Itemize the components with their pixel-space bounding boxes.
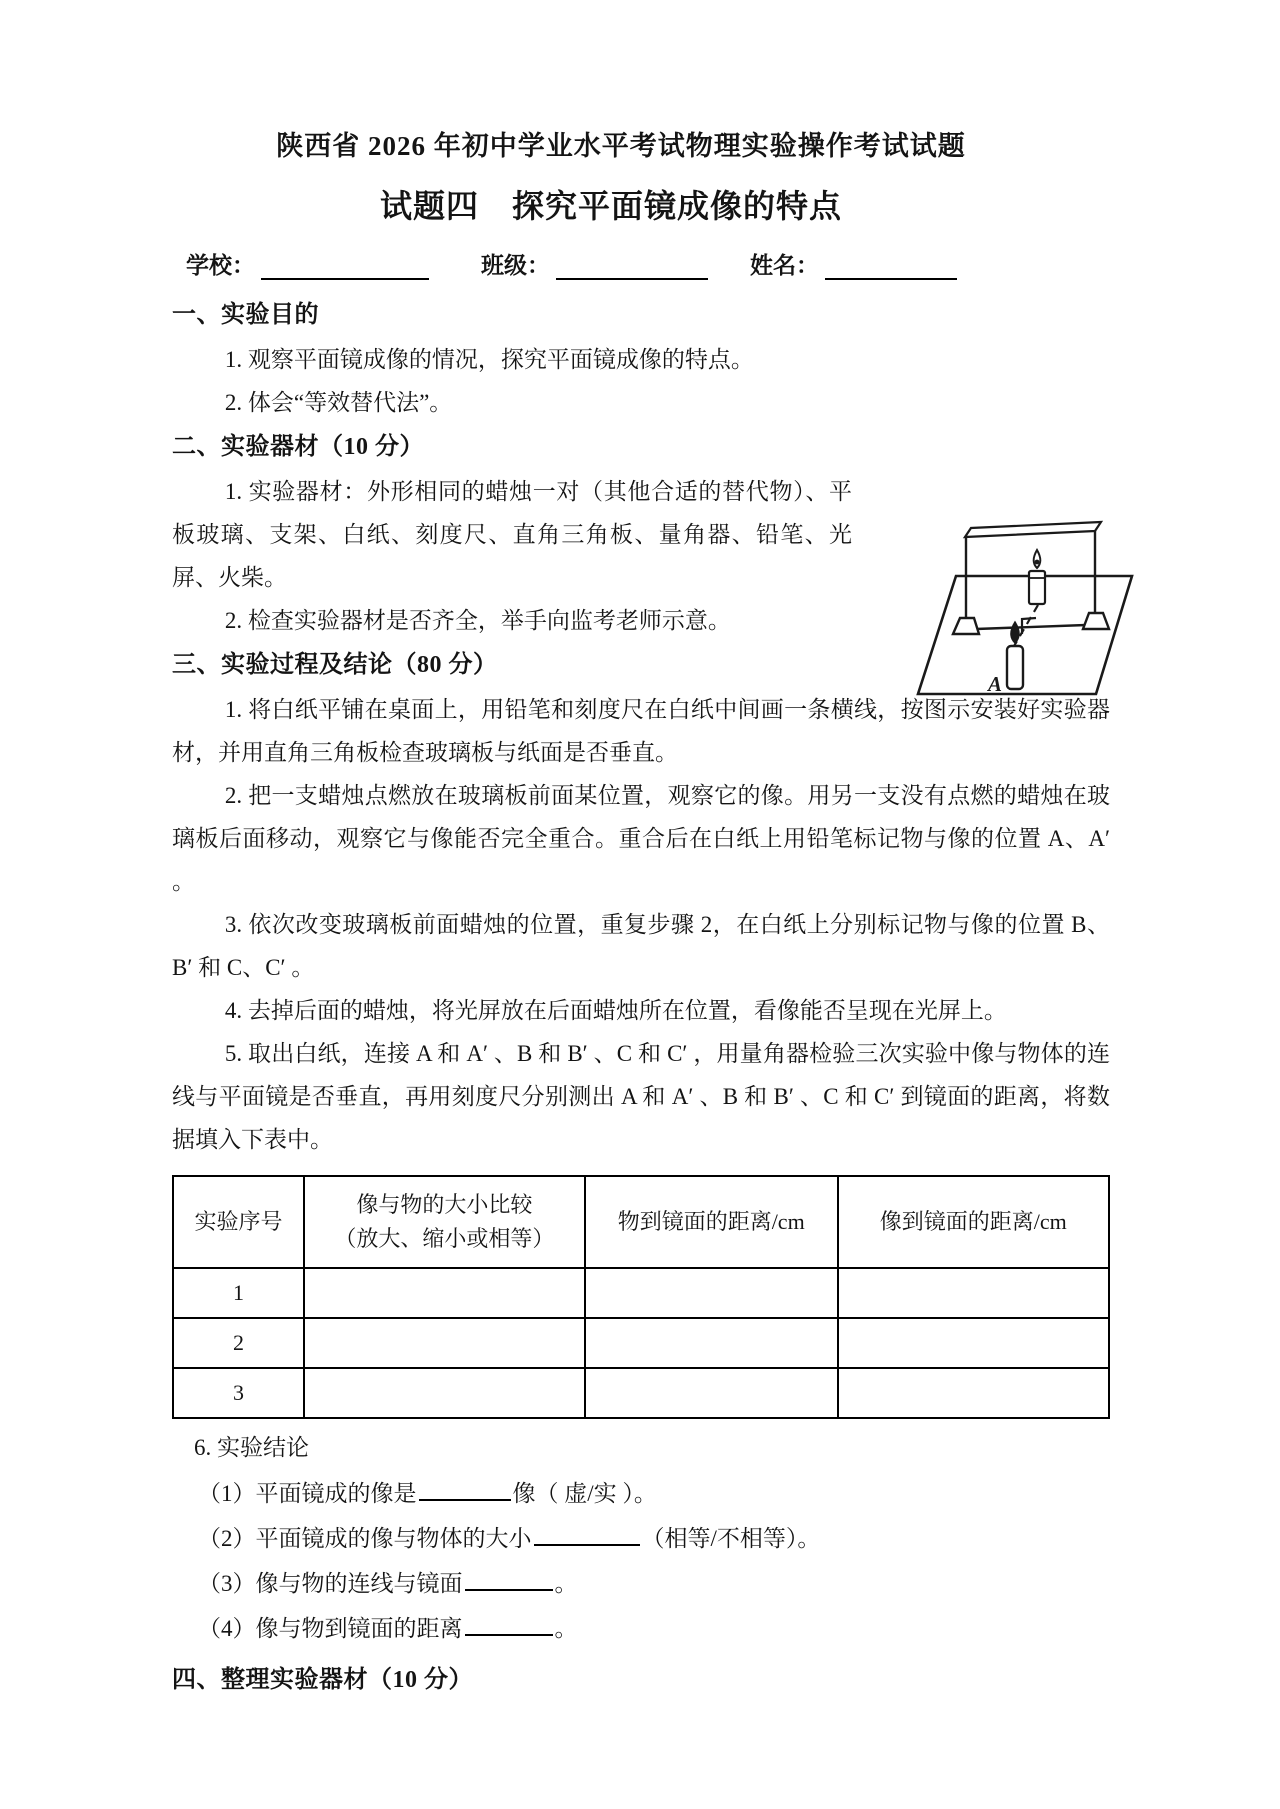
procedure-step: 2. 把一支蜡烛点燃放在玻璃板前面某位置，观察它的像。用另一支没有点燃的蜡烛在玻… [172, 774, 1110, 903]
header-image-distance: 像到镜面的距离/cm [838, 1176, 1109, 1268]
conclusion-4-blank [465, 1612, 553, 1636]
section-heading-purpose: 一、实验目的 [172, 292, 1110, 338]
table-row: 2 [173, 1318, 1109, 1368]
image-candle-wick [1035, 560, 1040, 565]
student-info-row: 学校： 班级： 姓名： [172, 247, 1110, 280]
purpose-item: 1. 观察平面镜成像的情况，探究平面镜成像的特点。 [172, 338, 1110, 381]
paper-sheet [918, 576, 1132, 694]
name-blank [825, 254, 957, 280]
purpose-item: 2. 体会“等效替代法”。 [172, 381, 1110, 424]
candle-a-body [1007, 646, 1023, 689]
conclusion-item-2: （2）平面镜成的像与物体的大小（相等/不相等）。 [172, 1516, 1110, 1561]
section-heading-tidy: 四、整理实验器材（10 分） [172, 1657, 1110, 1703]
conclusion-item-3: （3）像与物的连线与镜面。 [172, 1561, 1110, 1606]
image-candle-body [1029, 571, 1045, 604]
conclusion-3-pre: （3）像与物的连线与镜面 [198, 1571, 463, 1596]
row-number: 1 [173, 1268, 304, 1318]
header-size-compare-line1: 像与物的大小比较 [311, 1188, 578, 1222]
conclusion-4-post: 。 [555, 1616, 578, 1641]
table-row: 3 [173, 1368, 1109, 1418]
procedure-step: 4. 去掉后面的蜡烛，将光屏放在后面蜡烛所在位置，看像能否呈现在光屏上。 [172, 989, 1110, 1032]
empty-cell [585, 1318, 838, 1368]
conclusion-1-post: 像（ 虚/实 ）。 [513, 1481, 657, 1506]
row-number: 3 [173, 1368, 304, 1418]
school-blank [261, 254, 429, 280]
header-object-distance: 物到镜面的距离/cm [585, 1176, 838, 1268]
row-number: 2 [173, 1318, 304, 1368]
conclusion-2-blank [534, 1522, 640, 1546]
empty-cell [838, 1368, 1109, 1418]
results-table: 实验序号 像与物的大小比较 （放大、缩小或相等） 物到镜面的距离/cm 像到镜面… [172, 1175, 1110, 1419]
table-header-row: 实验序号 像与物的大小比较 （放大、缩小或相等） 物到镜面的距离/cm 像到镜面… [173, 1176, 1109, 1268]
page-title: 陕西省 2026 年初中学业水平考试物理实验操作考试试题 [172, 124, 1070, 163]
conclusion-3-post: 。 [555, 1571, 578, 1596]
image-candle-flame [1034, 550, 1041, 568]
class-label: 班级： [481, 247, 550, 280]
equipment-paragraph: 1. 实验器材：外形相同的蜡烛一对（其他合适的替代物）、平板玻璃、支架、白纸、刻… [172, 470, 852, 599]
header-size-compare-line2: （放大、缩小或相等） [311, 1222, 578, 1256]
conclusion-3-blank [465, 1567, 553, 1591]
conclusion-1-pre: （1）平面镜成的像是 [198, 1481, 417, 1506]
mirror-experiment-diagram: A [858, 450, 1136, 708]
candle-a-label: A [986, 672, 1002, 696]
empty-cell [304, 1318, 585, 1368]
conclusion-2-pre: （2）平面镜成的像与物体的大小 [198, 1526, 532, 1551]
table-row: 1 [173, 1268, 1109, 1318]
procedure-step: 5. 取出白纸，连接 A 和 A′ 、B 和 B′ 、C 和 C′ ，用量角器检… [172, 1032, 1110, 1161]
class-blank [556, 254, 708, 280]
conclusion-2-post: （相等/不相等）。 [642, 1526, 821, 1551]
glass-bottom-edge [976, 625, 1086, 629]
header-trial-number: 实验序号 [173, 1176, 304, 1268]
empty-cell [304, 1268, 585, 1318]
school-label: 学校： [186, 247, 255, 280]
conclusion-item-1: （1）平面镜成的像是像（ 虚/实 ）。 [172, 1471, 1110, 1516]
exam-page: 陕西省 2026 年初中学业水平考试物理实验操作考试试题 试题四 探究平面镜成像… [0, 0, 1280, 1703]
header-size-compare: 像与物的大小比较 （放大、缩小或相等） [304, 1176, 585, 1268]
glass-top-edge [965, 522, 1101, 537]
procedure-step: 3. 依次改变玻璃板前面蜡烛的位置，重复步骤 2，在白纸上分别标记物与像的位置 … [172, 903, 1110, 989]
empty-cell [838, 1268, 1109, 1318]
equipment-check-paragraph: 2. 检查实验器材是否齐全，举手向监考老师示意。 [172, 599, 852, 642]
right-support-foot [1083, 613, 1109, 629]
empty-cell [585, 1368, 838, 1418]
name-label: 姓名： [750, 247, 819, 280]
empty-cell [304, 1368, 585, 1418]
empty-cell [838, 1318, 1109, 1368]
conclusion-label: 6. 实验结论 [172, 1425, 1110, 1471]
exam-subtitle: 试题四 探究平面镜成像的特点 [172, 181, 1050, 227]
conclusion-4-pre: （4）像与物到镜面的距离 [198, 1616, 463, 1641]
left-support-foot [953, 618, 979, 634]
empty-cell [585, 1268, 838, 1318]
experiment-setup-figure: A [858, 450, 1136, 708]
candle-a-flame [1011, 622, 1019, 643]
conclusion-1-blank [419, 1477, 511, 1501]
conclusion-item-4: （4）像与物到镜面的距离。 [172, 1606, 1110, 1651]
